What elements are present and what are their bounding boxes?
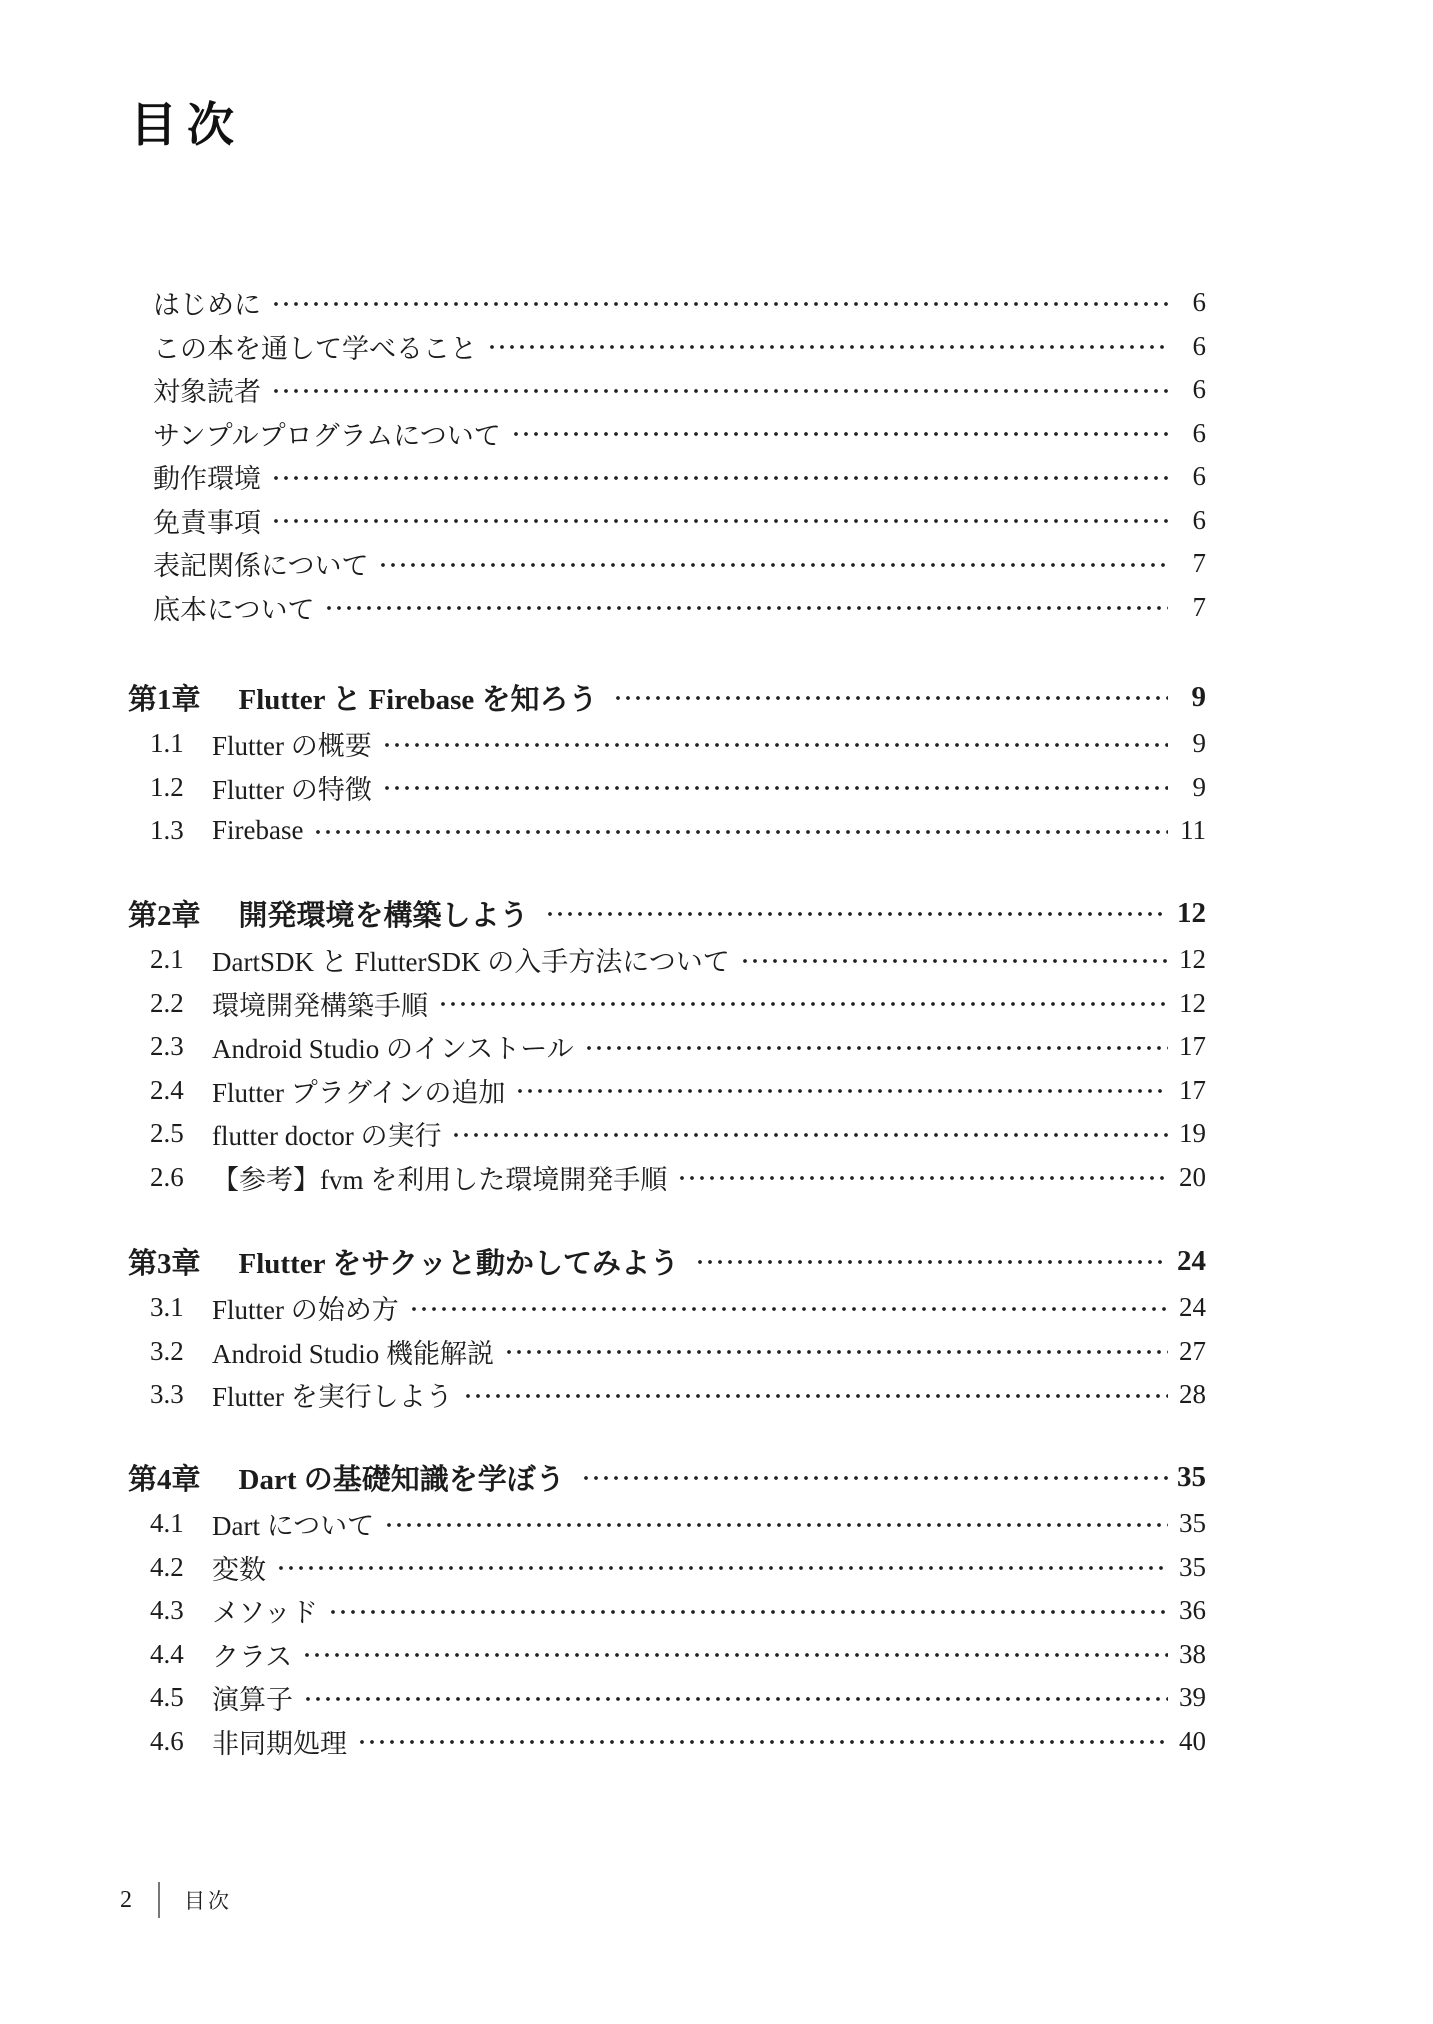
entry-page-number: 24	[1174, 1292, 1206, 1323]
toc-entry[interactable]: 動作環境 6	[128, 455, 1206, 499]
section-entry[interactable]: 4.2 変数 35	[128, 1546, 1206, 1590]
section-number: 2.2	[150, 988, 212, 1019]
entry-label: 底本について	[153, 588, 314, 627]
entry-page-number: 28	[1174, 1379, 1206, 1410]
chapter-heading[interactable]: 第2章 開発環境を構築しよう 12	[128, 888, 1206, 938]
entry-label: Android Studio 機能解説	[212, 1332, 494, 1371]
section-number: 1.2	[150, 772, 212, 803]
leader-dots	[271, 513, 1168, 529]
entry-label: メソッド	[212, 1591, 318, 1630]
entry-page-number: 19	[1174, 1118, 1206, 1149]
section-entry[interactable]: 1.2 Flutter の特徴 9	[128, 766, 1206, 810]
chapter-heading[interactable]: 第3章 Flutter をサクッと動かしてみよう 24	[128, 1236, 1206, 1286]
section-entry[interactable]: 2.3 Android Studio のインストール 17	[128, 1025, 1206, 1069]
leader-dots	[545, 906, 1168, 922]
entry-label: サンプルプログラムについて	[153, 414, 501, 453]
toc-entry[interactable]: サンプルプログラムについて 6	[128, 412, 1206, 456]
section-entry[interactable]: 3.3 Flutter を実行しよう 28	[128, 1373, 1206, 1417]
entry-page-number: 20	[1174, 1162, 1206, 1193]
entry-label: クラス	[212, 1635, 292, 1674]
entry-label: この本を通して学べること	[153, 327, 477, 366]
toc-entry[interactable]: はじめに 6	[128, 281, 1206, 325]
chapter-title: Flutter をサクッと動かしてみよう	[239, 1241, 680, 1282]
leader-dots	[303, 1691, 1168, 1707]
entry-label: 【参考】fvm を利用した環境開発手順	[212, 1158, 667, 1197]
section-entry[interactable]: 4.6 非同期処理 40	[128, 1720, 1206, 1764]
section-number: 2.1	[150, 944, 212, 975]
entry-label: Dart について	[212, 1504, 374, 1543]
leader-dots	[328, 1604, 1168, 1620]
section-entry[interactable]: 3.1 Flutter の始め方 24	[128, 1286, 1206, 1330]
section-number: 2.4	[150, 1075, 212, 1106]
leader-dots	[276, 1560, 1168, 1576]
leader-dots	[740, 953, 1168, 969]
leader-dots	[382, 737, 1168, 753]
leader-dots	[378, 557, 1168, 573]
leader-dots	[515, 1083, 1168, 1099]
section-number: 3.3	[150, 1379, 212, 1410]
entry-page-number: 6	[1174, 287, 1206, 318]
entry-page-number: 6	[1174, 374, 1206, 405]
chapter-title: Dart の基礎知識を学ぼう	[239, 1457, 565, 1498]
section-number: 3.2	[150, 1336, 212, 1367]
chapter-block: 第4章 Dart の基礎知識を学ぼう 35 4.1 Dart について 35 4…	[128, 1452, 1206, 1763]
leader-dots	[409, 1301, 1168, 1317]
section-number: 3.1	[150, 1292, 212, 1323]
section-entry[interactable]: 2.4 Flutter プラグインの追加 17	[128, 1069, 1206, 1113]
entry-label: 環境開発構築手順	[212, 984, 428, 1023]
entry-page-number: 6	[1174, 461, 1206, 492]
chapter-heading[interactable]: 第1章 Flutter と Firebase を知ろう 9	[128, 672, 1206, 722]
entry-label: DartSDK と FlutterSDK の入手方法について	[212, 940, 730, 979]
entry-label: Flutter の始め方	[212, 1288, 399, 1327]
leader-dots	[313, 824, 1168, 840]
chapter-heading[interactable]: 第4章 Dart の基礎知識を学ぼう 35	[128, 1452, 1206, 1502]
entry-page-number: 35	[1174, 1552, 1206, 1583]
entry-label: Flutter の特徴	[212, 768, 372, 807]
entry-page-number: 12	[1174, 988, 1206, 1019]
section-entry[interactable]: 2.1 DartSDK と FlutterSDK の入手方法について 12	[128, 938, 1206, 982]
section-entry[interactable]: 2.5 flutter doctor の実行 19	[128, 1112, 1206, 1156]
entry-label: 非同期処理	[212, 1722, 347, 1761]
entry-page-number: 38	[1174, 1639, 1206, 1670]
chapter-title: Flutter と Firebase を知ろう	[239, 677, 598, 718]
leader-dots	[271, 470, 1168, 486]
toc-entry[interactable]: 対象読者 6	[128, 368, 1206, 412]
leader-dots	[695, 1254, 1168, 1270]
entry-label: 動作環境	[153, 457, 261, 496]
section-entry[interactable]: 4.1 Dart について 35	[128, 1502, 1206, 1546]
leader-dots	[384, 1517, 1168, 1533]
section-number: 4.1	[150, 1508, 212, 1539]
leader-dots	[677, 1170, 1168, 1186]
entry-label: 対象読者	[153, 370, 261, 409]
section-entry[interactable]: 1.1 Flutter の概要 9	[128, 722, 1206, 766]
section-number: 1.3	[150, 815, 212, 846]
leader-dots	[271, 383, 1168, 399]
entry-page-number: 9	[1174, 728, 1206, 759]
footer-section-label: 目次	[184, 1885, 232, 1915]
entry-label: はじめに	[153, 283, 261, 322]
entry-label: 演算子	[212, 1678, 293, 1717]
section-entry[interactable]: 3.2 Android Studio 機能解説 27	[128, 1330, 1206, 1374]
entry-label: 免責事項	[153, 501, 261, 540]
leader-dots	[463, 1388, 1168, 1404]
chapter-number: 第1章	[128, 677, 201, 718]
entry-page-number: 12	[1174, 944, 1206, 975]
section-number: 4.2	[150, 1552, 212, 1583]
footer-divider	[158, 1882, 160, 1918]
entry-page-number: 9	[1174, 772, 1206, 803]
chapter-block: 第2章 開発環境を構築しよう 12 2.1 DartSDK と FlutterS…	[128, 888, 1206, 1199]
entry-label: Flutter プラグインの追加	[212, 1071, 505, 1110]
toc-entry[interactable]: 免責事項 6	[128, 499, 1206, 543]
toc-entry[interactable]: 表記関係について 7	[128, 542, 1206, 586]
page-title: 目次	[130, 88, 244, 155]
section-entry[interactable]: 4.3 メソッド 36	[128, 1589, 1206, 1633]
toc-entry[interactable]: 底本について 7	[128, 586, 1206, 630]
section-entry[interactable]: 2.2 環境開発構築手順 12	[128, 982, 1206, 1026]
leader-dots	[511, 426, 1168, 442]
leader-dots	[302, 1647, 1168, 1663]
footer-page-number: 2	[120, 1887, 132, 1914]
section-number: 2.6	[150, 1162, 212, 1193]
entry-page-number: 39	[1174, 1682, 1206, 1713]
leader-dots	[581, 1470, 1168, 1486]
entry-page-number: 11	[1174, 815, 1206, 846]
leader-dots	[271, 296, 1168, 312]
chapter-block: 第1章 Flutter と Firebase を知ろう 9 1.1 Flutte…	[128, 672, 1206, 853]
entry-page-number: 7	[1174, 592, 1206, 623]
entry-label: 表記関係について	[153, 544, 368, 583]
entry-page-number: 6	[1174, 418, 1206, 449]
leader-dots	[487, 339, 1168, 355]
leader-dots	[382, 780, 1168, 796]
section-number: 4.5	[150, 1682, 212, 1713]
chapter-number: 第4章	[128, 1457, 201, 1498]
leader-dots	[613, 690, 1168, 706]
entry-label: flutter doctor の実行	[212, 1114, 441, 1153]
toc-entry[interactable]: この本を通して学べること 6	[128, 325, 1206, 369]
entry-page-number: 35	[1174, 1508, 1206, 1539]
section-entry[interactable]: 4.5 演算子 39	[128, 1676, 1206, 1720]
entry-page-number: 17	[1174, 1075, 1206, 1106]
entry-page-number: 40	[1174, 1726, 1206, 1757]
section-entry[interactable]: 2.6 【参考】fvm を利用した環境開発手順 20	[128, 1156, 1206, 1200]
page-footer: 2 目次	[120, 1882, 232, 1918]
front-matter-list: はじめに 6 この本を通して学べること 6 対象読者 6 サンプルプログラムにつ…	[128, 281, 1206, 629]
section-number: 1.1	[150, 728, 212, 759]
entry-page-number: 17	[1174, 1031, 1206, 1062]
leader-dots	[357, 1734, 1168, 1750]
entry-label: Android Studio のインストール	[212, 1027, 574, 1066]
entry-page-number: 27	[1174, 1336, 1206, 1367]
section-number: 4.6	[150, 1726, 212, 1757]
leader-dots	[504, 1344, 1168, 1360]
entry-page-number: 6	[1174, 331, 1206, 362]
section-entry[interactable]: 1.3 Firebase 11	[128, 809, 1206, 853]
leader-dots	[584, 1040, 1168, 1056]
entry-page-number: 9	[1174, 681, 1206, 714]
leader-dots	[438, 996, 1168, 1012]
entry-label: Firebase	[212, 815, 303, 846]
entry-page-number: 12	[1174, 897, 1206, 930]
chapter-number: 第3章	[128, 1241, 201, 1282]
chapter-title: 開発環境を構築しよう	[239, 893, 529, 934]
entry-page-number: 36	[1174, 1595, 1206, 1626]
section-number: 4.3	[150, 1595, 212, 1626]
entry-page-number: 35	[1174, 1461, 1206, 1494]
section-entry[interactable]: 4.4 クラス 38	[128, 1633, 1206, 1677]
section-number: 2.5	[150, 1118, 212, 1149]
chapter-block: 第3章 Flutter をサクッと動かしてみよう 24 3.1 Flutter …	[128, 1236, 1206, 1417]
section-number: 2.3	[150, 1031, 212, 1062]
chapter-number: 第2章	[128, 893, 201, 934]
entry-label: Flutter の概要	[212, 724, 372, 763]
entry-page-number: 6	[1174, 505, 1206, 536]
section-number: 4.4	[150, 1639, 212, 1670]
entry-label: 変数	[212, 1548, 266, 1587]
entry-label: Flutter を実行しよう	[212, 1375, 453, 1414]
leader-dots	[451, 1127, 1168, 1143]
entry-page-number: 24	[1174, 1245, 1206, 1278]
leader-dots	[324, 600, 1168, 616]
entry-page-number: 7	[1174, 548, 1206, 579]
